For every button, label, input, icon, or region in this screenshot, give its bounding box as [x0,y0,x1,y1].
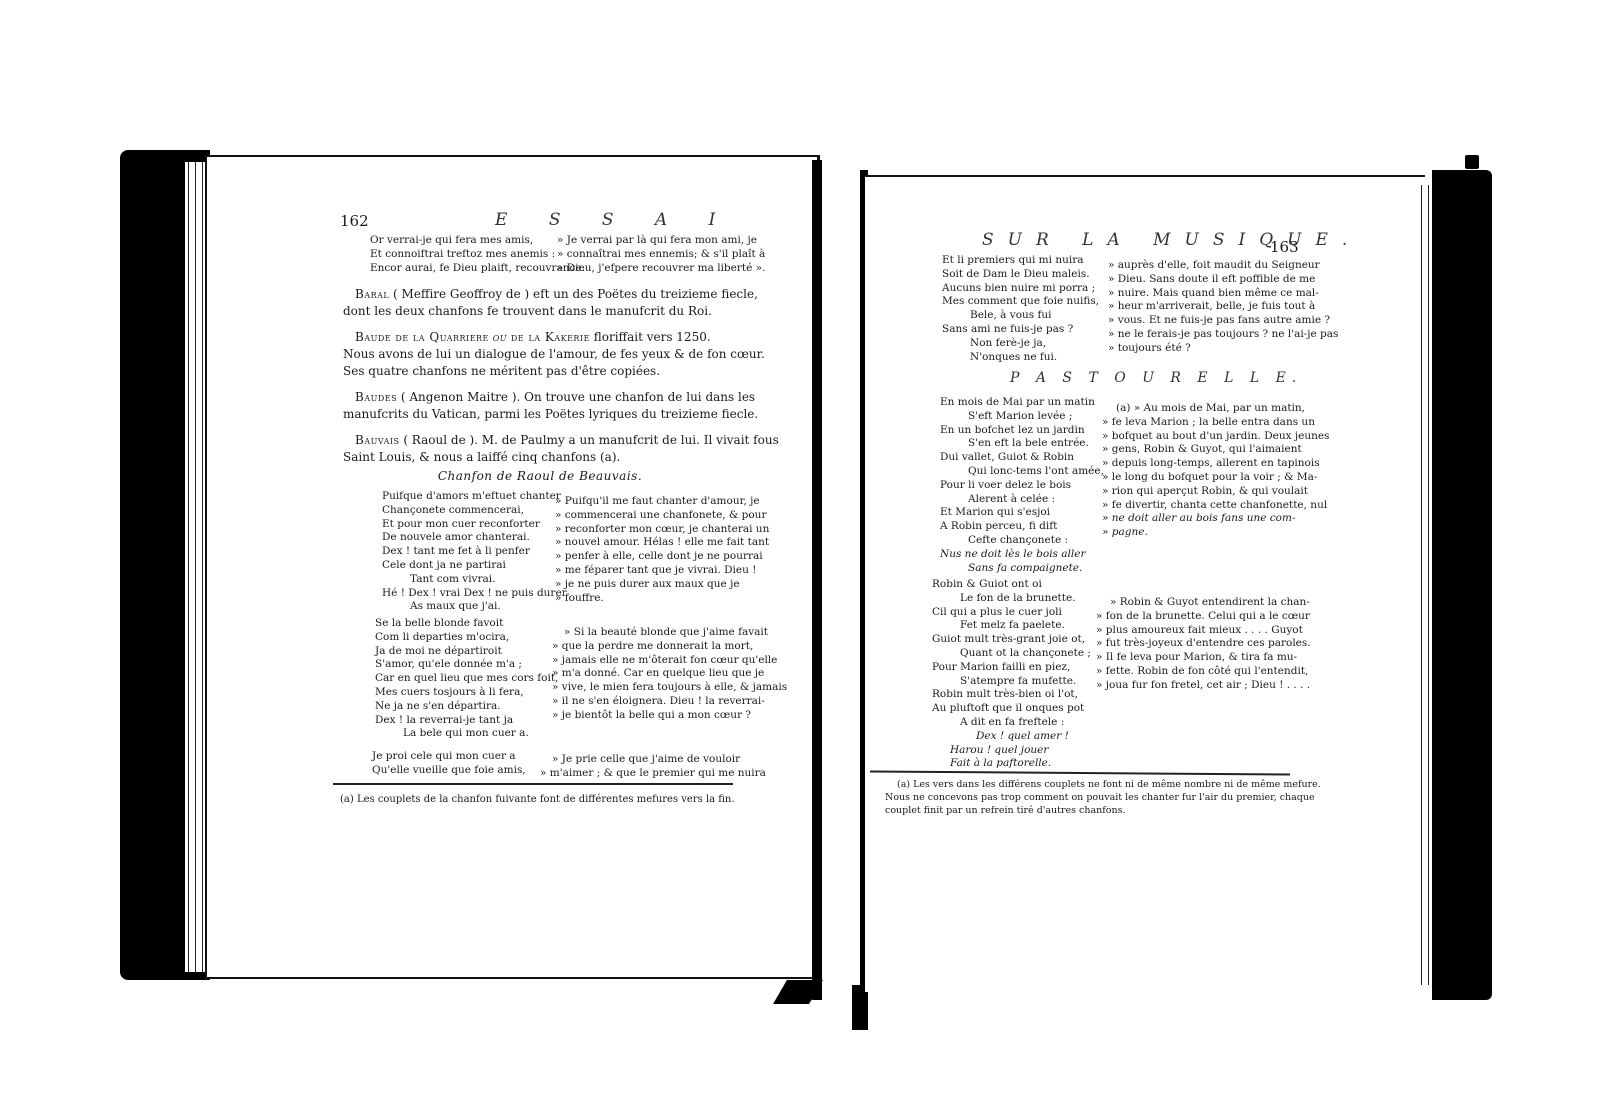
verse-line: S'en eft la bele entrée. [940,437,1104,451]
translation-line: » Il fe leva pour Marion, & tira fa mu- [1096,651,1311,665]
translation-line: » fe leva Marion ; la belle entra dans u… [1102,416,1329,430]
stanza-translation: » Je prie celle que j'aime de vouloir » … [540,753,766,781]
verse-line: Fet melz fa paelete. [932,619,1091,633]
translation-line: » Puifqu'il me faut chanter d'amour, je [555,495,769,509]
entry-text: Ses quatre chanfons ne méritent pas d'êt… [343,363,765,380]
entry-text: manufcrits du Vatican, parmi les Poëtes … [343,406,758,423]
translation-line: » Je prie celle que j'aime de vouloir [540,753,766,767]
stanza-translation: » Si la beauté blonde que j'aime favait … [552,626,787,723]
verse-line: Et pour mon cuer reconforter [382,518,567,532]
stanza-original: Se la belle blonde favoit Com li departi… [375,617,558,741]
entry-name: Baude de la Quarriere [355,330,489,344]
translation-line: » auprès d'elle, foit maudit du Seigneur [1108,259,1338,273]
verse-line: La bele qui mon cuer a. [375,727,558,741]
opening-verse-original-right: Et li premiers qui mi nuira Soit de Dam … [942,254,1099,364]
translation-line: » ne le ferais-je pas toujours ? ne l'ai… [1108,328,1338,342]
footnote-line: (a) Les vers dans les différens couplets… [885,778,1321,791]
translation-line: » je bientôt la belle qui a mon cœur ? [552,709,787,723]
translation-line: » fe divertir, chanta cette chanfonette,… [1102,499,1329,513]
verse-line: Dex ! tant me fet à li penfer [382,545,567,559]
entry-text: ( Meffire Geoffroy de ) eft un des Poëte… [389,287,758,301]
verse-line: Cefte chançonete : [940,534,1104,548]
footnote-line: Nous ne concevons pas trop comment on po… [885,791,1321,804]
verse-line: Car en quel lieu que mes cors foit, [375,672,558,686]
refrain-line: Nus ne doit lès le bois aller [940,548,1104,562]
running-title-right: SUR LA MUSIQUE. [982,230,1361,250]
translation-line: » nuire. Mais quand bien même ce mal- [1108,287,1338,301]
verse-line: Encor aurai, fe Dieu plaift, recouvrance… [370,262,585,276]
translation-line: » fette. Robin de fon côté qui l'entendi… [1096,665,1311,679]
verse-line: Soit de Dam le Dieu maleis. [942,268,1099,282]
verse-line: En mois de Mai par un matin [940,396,1104,410]
translation-line: » fut très-joyeux d'entendre ces paroles… [1096,637,1311,651]
verse-line: Ja de moi ne départiroit [375,645,558,659]
verse-line: Cele dont ja ne partirai [382,559,567,573]
translation-line: » toujours été ? [1108,342,1338,356]
stanza-translation: (a) » Au mois de Mai, par un matin, » fe… [1102,402,1329,540]
translation-line: » me féparer tant que je vivrai. Dieu ! [555,564,769,578]
verse-line: Or verrai-je qui fera mes amis, [370,234,585,248]
verse-line: Aucuns bien nuire mi porra ; [942,282,1099,296]
entry-text: ( Angenon Maitre ). On trouve une chanfo… [397,390,755,404]
verse-line: Chançonete commencerai, [382,504,567,518]
section-title-pastourelle: P A S T O U R E L L E. [1010,370,1302,386]
translation-line: » connaîtrai mes ennemis; & s'il plaît à [557,248,765,262]
verse-line: Com li departies m'ocira, [375,631,558,645]
translation-line: » vous. Et ne fuis-je pas fans autre ami… [1108,314,1338,328]
translation-line: » penfer à elle, celle dont je ne pourra… [555,550,769,564]
stanza-original: En mois de Mai par un matin S'eft Marion… [940,396,1104,575]
translation-line: » fon de la brunette. Celui qui a le cœu… [1096,610,1311,624]
translation-line: » jamais elle ne m'ôterait fon cœur qu'e… [552,654,787,668]
verse-line: Puifque d'amors m'eftuet chanter [382,490,567,504]
entry-name: Bauvais [355,433,400,447]
translation-line: » heur m'arriverait, belle, je fuis tout… [1108,300,1338,314]
verse-line: Robin & Guiot ont oi [932,578,1091,592]
entry-text: Nous avons de lui un dialogue de l'amour… [343,346,765,363]
verse-line: Robin mult très-bien oi l'ot, [932,688,1091,702]
translation-line: » Dieu. Sans doute il eft poffible de me [1108,273,1338,287]
entry-name: Baudes [355,390,397,404]
verse-line: Dui vallet, Guiot & Robin [940,451,1104,465]
translation-line: » m'aimer ; & que le premier qui me nuir… [540,767,766,781]
translation-line: » rion qui aperçut Robin, & qui voulait [1102,485,1329,499]
verse-line: N'onques ne fui. [942,351,1099,365]
verse-line: Cil qui a plus le cuer joli [932,606,1091,620]
verse-line: Bele, à vous fui [942,309,1099,323]
opening-verse-translation-right: » auprès d'elle, foit maudit du Seigneur… [1108,259,1338,356]
spine-bottom [852,985,862,1030]
translation-line: » joua fur fon fretel, cet air ; Dieu ! … [1096,679,1311,693]
song-title: Chanfon de Raoul de Beauvais. [340,469,740,483]
entry-bauvais: Bauvais ( Raoul de ). M. de Paulmy a un … [343,432,779,466]
entry-text: floriffait vers 1250. [590,330,711,344]
translation-line: » reconforter mon cœur, je chanterai un [555,523,769,537]
verse-line: Dex ! la reverrai-je tant ja [375,714,558,728]
book-cover-right [1432,170,1492,1000]
translation-line: » Si la beauté blonde que j'aime favait [552,626,787,640]
translation-line: » ne doit aller au bois fans une com- [1102,512,1329,526]
translation-line: » Dieu, j'efpere recouvrer ma liberté ». [557,262,765,276]
translation-line: » que la perdre me donnerait la mort, [552,640,787,654]
verse-line: S'atempre fa mufette. [932,675,1091,689]
footnote-rule-left [333,783,733,785]
verse-line: As maux que j'ai. [382,600,567,614]
stanza-original: Je proi cele qui mon cuer a Qu'elle vuei… [372,750,526,778]
translation-line: » bofquet au bout d'un jardin. Deux jeun… [1102,430,1329,444]
opening-verse-original-left: Or verrai-je qui fera mes amis, Et conno… [370,234,585,275]
verse-line: Qui lonc-tems l'ont amée, [940,465,1104,479]
translation-line: » le long du bofquet pour la voir ; & Ma… [1102,471,1329,485]
footnote-right: (a) Les vers dans les différens couplets… [885,778,1321,817]
verse-line: En un bofchet lez un jardin [940,424,1104,438]
verse-line: Pour li voer delez le bois [940,479,1104,493]
translation-line: » plus amoureux fait mieux . . . . Guyot [1096,624,1311,638]
verse-line: Guiot mult très-grant joie ot, [932,633,1091,647]
verse-line: Le fon de la brunette. [932,592,1091,606]
translation-line: » vive, le mien fera toujours à elle, & … [552,681,787,695]
verse-line: Mes comment que foie nuifis, [942,295,1099,309]
translation-line: » je ne puis durer aux maux que je [555,578,769,592]
entry-baude: Baude de la Quarriere ou de la Kakerie f… [343,329,765,380]
entry-baudes: Baudes ( Angenon Maitre ). On trouve une… [343,389,758,423]
verse-line: Ne ja ne s'en départira. [375,700,558,714]
verse-line: Alerent à celée : [940,493,1104,507]
refrain-line: Sans fa compaignete. [940,562,1104,576]
translation-line: » gens, Robin & Guyot, qui l'aimaient [1102,443,1329,457]
stanza-original: Puifque d'amors m'eftuet chanter Chançon… [382,490,567,614]
entry-text: Saint Louis, & nous a laiffé cinq chanfo… [343,449,779,466]
verse-line: Quant ot la chançonete ; [932,647,1091,661]
verse-line: A Robin perceu, fi dift [940,520,1104,534]
translation-line: » fouffre. [555,592,769,606]
footnote-line: couplet finit par un refrein tiré d'autr… [885,804,1321,817]
translation-line: » il ne s'en éloignera. Dieu ! la reverr… [552,695,787,709]
verse-line: De nouvele amor chanterai. [382,531,567,545]
verse-line: Non ferè-je ja, [942,337,1099,351]
refrain-line: Harou ! quel jouer [932,744,1091,758]
verse-line: Et li premiers qui mi nuira [942,254,1099,268]
entry-text: ( Raoul de ). M. de Paulmy a un manufcri… [400,433,779,447]
entry-text: dont les deux chanfons fe trouvent dans … [343,303,758,320]
entry-connector: ou [493,330,507,344]
page-number-left: 162 [340,212,369,230]
verse-line: Au pluftoft que il onques pot [932,702,1091,716]
verse-line: Mes cuers tosjours à li fera, [375,686,558,700]
stanza-translation: » Robin & Guyot entendirent la chan- » f… [1096,596,1311,693]
translation-line: » commencerai une chanfonete, & pour [555,509,769,523]
entry-name: Baral [355,287,389,301]
verse-line: S'amor, qu'ele donnée m'a ; [375,658,558,672]
verse-line: Pour Marion failli en piez, [932,661,1091,675]
translation-line: » m'a donné. Car en quelque lieu que je [552,667,787,681]
stanza-translation: » Puifqu'il me faut chanter d'amour, je … [555,495,769,605]
translation-line: (a) » Au mois de Mai, par un matin, [1102,402,1329,416]
verse-line: Et connoiftrai treftoz mes anemis : [370,248,585,262]
refrain-line: Dex ! quel amer ! [932,730,1091,744]
verse-line: Hé ! Dex ! vrai Dex ! ne puis durer [382,587,567,601]
running-title-left: E S S A I [495,210,733,230]
page-edges-left [185,162,207,972]
translation-line: » Je verrai par là qui fera mon ami, je [557,234,765,248]
verse-line: Qu'elle vueille que foie amis, [372,764,526,778]
verse-line: Se la belle blonde favoit [375,617,558,631]
verse-line: Et Marion qui s'esjoi [940,506,1104,520]
verse-line: A dit en fa freftele : [932,716,1091,730]
translation-line: » nouvel amour. Hélas ! elle me fait tan… [555,536,769,550]
opening-verse-translation-left: » Je verrai par là qui fera mon ami, je … [557,234,765,275]
entry-baral: Baral ( Meffire Geoffroy de ) eft un des… [343,286,758,320]
verse-line: Sans ami ne fuis-je pas ? [942,323,1099,337]
translation-line: » Robin & Guyot entendirent la chan- [1096,596,1311,610]
translation-line: » pagne. [1102,526,1329,540]
footnote-left: (a) Les couplets de la chanfon fuivante … [340,793,735,807]
page-curl [773,980,823,1004]
stanza-original: Robin & Guiot ont oi Le fon de la brunet… [932,578,1091,771]
book-spine [812,160,822,1000]
translation-line: » depuis long-temps, allerent en tapinoi… [1102,457,1329,471]
bookmark-tab [1465,155,1479,169]
page-number-right: 163 [1270,238,1299,256]
verse-line: Je proi cele qui mon cuer a [372,750,526,764]
verse-line: Tant com vivrai. [382,573,567,587]
entry-name-alt: de la Kakerie [511,330,590,344]
verse-line: S'eft Marion levée ; [940,410,1104,424]
refrain-line: Fait à la paftorelle. [932,757,1091,771]
